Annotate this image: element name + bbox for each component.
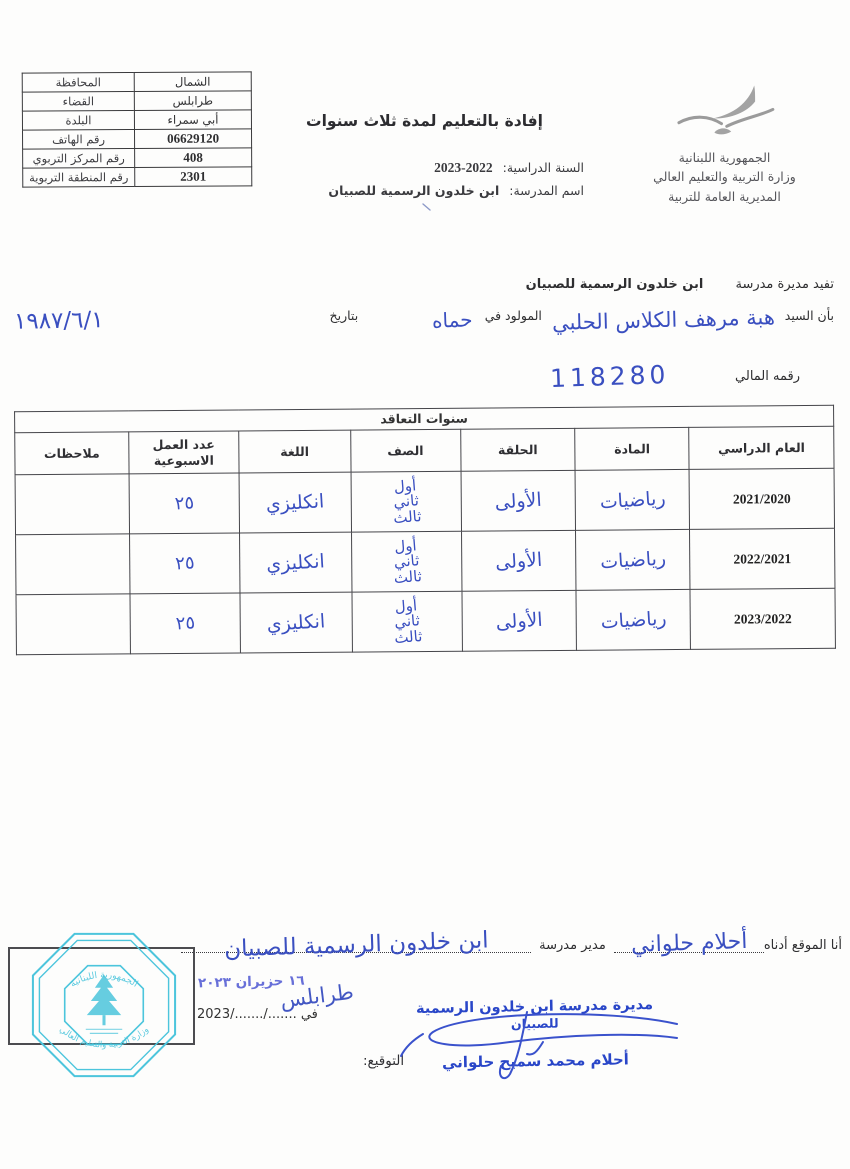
column-cycle: الحلقة [460, 429, 575, 472]
official-octagonal-seal: الجمهورية اللبنانية وزارة التربية والتعل… [23, 924, 185, 1086]
grade-line: ثالث [392, 508, 421, 525]
district-value: طرابلس [134, 91, 251, 111]
column-subject: المادة [575, 428, 689, 471]
notes-cell [16, 594, 130, 655]
school-year-label: السنة الدراسية: [503, 160, 584, 175]
governorate-value: الشمال [134, 72, 251, 92]
finance-number-line: رقمه المالي 118280 [550, 362, 800, 391]
stray-pen-mark [420, 202, 434, 212]
column-language: اللغة [239, 430, 351, 473]
table-row: 408 رقم المركز التربوي [23, 148, 252, 168]
grades-handwritten: أول ثاني ثالث [351, 595, 463, 649]
table-row: طرابلس القضاء [22, 91, 251, 111]
school-name-field: ابن خلدون الرسمية للصبيان [181, 926, 531, 953]
subject-handwritten: رياضيات [600, 607, 667, 633]
subject-handwritten: رياضيات [600, 547, 667, 573]
school-name-label: اسم المدرسة: [509, 183, 584, 198]
grade-line: ثالث [393, 568, 422, 585]
director-stamp-line3: أحلام محمد سميح حلواني [392, 1050, 678, 1073]
language-handwritten: انكليزي [266, 610, 326, 635]
column-weekly-hours: عدد العمل الاسبوعية [129, 431, 239, 474]
cycle-handwritten: الأولى [495, 549, 543, 574]
page-title: إفادة بالتعليم لمدة ثلاث سنوات [257, 112, 592, 130]
year-value: 2021/2020 [689, 469, 834, 530]
undersigned-name-field: أحلام حلواني [614, 927, 764, 953]
birthdate-label: بتاريخ [330, 308, 359, 323]
directorate-line: المديرية العامة للتربية [617, 187, 832, 206]
born-label: المولود في [485, 308, 542, 323]
certify-label: تفيد مديرة مدرسة [735, 277, 834, 292]
table-row: الشمال المحافظة [22, 72, 251, 92]
language-handwritten: انكليزي [266, 550, 326, 575]
ministry-logo-icon [660, 82, 790, 144]
notes-cell [15, 474, 129, 535]
column-year: العام الدراسي [689, 427, 834, 470]
contract-years-table: سنوات التعاقد العام الدراسي المادة الحلق… [14, 405, 836, 656]
town-label: البلدة [22, 111, 134, 131]
cycle-handwritten: الأولى [494, 489, 542, 514]
table-row: 2021/2020 رياضيات الأولى أول ثاني ثالث ا… [15, 469, 834, 535]
hours-handwritten: ٢٥ [174, 553, 195, 575]
notes-cell [16, 534, 130, 595]
district-label: القضاء [22, 92, 134, 112]
contract-table-header-row: العام الدراسي المادة الحلقة الصف اللغة ع… [15, 427, 834, 475]
certify-school-name: ابن خلدون الرسمية للصبيان [526, 277, 704, 292]
director-label: مدير مدرسة [539, 938, 606, 953]
certify-line: تفيد مديرة مدرسة ابن خلدون الرسمية للصبي… [526, 277, 834, 292]
director-stamp: مديرة مدرسة ابن خلدون الرسمية للصبيان أح… [391, 997, 678, 1073]
table-row: 06629120 رقم الهاتف [23, 129, 252, 149]
phone-value: 06629120 [135, 129, 252, 149]
subject-handwritten: رياضيات [599, 487, 666, 513]
undersigned-label: أنا الموقع أدناه [764, 938, 842, 953]
table-row: 2301 رقم المنطقة التربوية [23, 167, 252, 187]
admin-info-table: الشمال المحافظة طرابلس القضاء أبي سمراء … [22, 71, 253, 187]
school-name-line: اسم المدرسة:ابن خلدون الرسمية للصبيان [257, 180, 584, 202]
birthplace-handwritten: حماه [432, 307, 473, 332]
school-name-handwritten: ابن خلدون الرسمية للصبيان [224, 927, 489, 962]
grades-handwritten: أول ثاني ثالث [350, 475, 462, 529]
teacher-name-handwritten: هبة مرهف الكلاس الحلبي [552, 305, 775, 335]
school-name-value: ابن خلدون الرسمية للصبيان [328, 183, 499, 198]
school-year-value: 2022-2023 [434, 160, 493, 175]
cycle-handwritten: الأولى [495, 609, 543, 634]
undersigned-name-handwritten: أحلام حلواني [630, 929, 747, 958]
title-block: إفادة بالتعليم لمدة ثلاث سنوات السنة الد… [257, 112, 592, 202]
region-number-value: 2301 [135, 167, 252, 187]
center-number-label: رقم المركز التربوي [23, 149, 135, 169]
year-value: 2023/2022 [690, 589, 835, 650]
birthdate-handwritten: ١٩٨٧/٦/١ [14, 307, 104, 335]
column-grade: الصف [350, 429, 460, 472]
table-row: أبي سمراء البلدة [22, 110, 251, 130]
table-row: 2022/2021 رياضيات الأولى أول ثاني ثالث ا… [16, 529, 835, 595]
grade-line: ثالث [393, 628, 422, 645]
column-notes: ملاحظات [15, 432, 129, 475]
town-value: أبي سمراء [134, 110, 251, 130]
scanned-certificate-page: الشمال المحافظة طرابلس القضاء أبي سمراء … [0, 0, 850, 1169]
language-handwritten: انكليزي [265, 490, 325, 515]
table-row: 2023/2022 رياضيات الأولى أول ثاني ثالث ا… [16, 589, 835, 655]
governorate-label: المحافظة [22, 73, 134, 93]
mr-label: بأن السيد [785, 308, 834, 323]
year-value: 2022/2021 [690, 529, 835, 590]
ministry-header: الجمهورية اللبنانية وزارة التربية والتعل… [617, 82, 832, 206]
finance-number-handwritten: 118280 [549, 360, 669, 393]
grades-handwritten: أول ثاني ثالث [350, 535, 462, 589]
region-number-label: رقم المنطقة التربوية [23, 168, 135, 188]
hours-handwritten: ٢٥ [174, 493, 195, 515]
school-year-line: السنة الدراسية:2022-2023 [257, 156, 584, 180]
teacher-identity-line: بأن السيد هبة مرهف الكلاس الحلبي المولود… [14, 308, 834, 334]
hours-handwritten: ٢٥ [175, 613, 196, 635]
phone-label: رقم الهاتف [23, 130, 135, 150]
ministry-line: وزارة التربية والتعليم العالي [617, 167, 832, 186]
center-number-value: 408 [135, 148, 252, 168]
finance-number-label: رقمه المالي [735, 369, 800, 384]
republic-line: الجمهورية اللبنانية [617, 148, 832, 167]
